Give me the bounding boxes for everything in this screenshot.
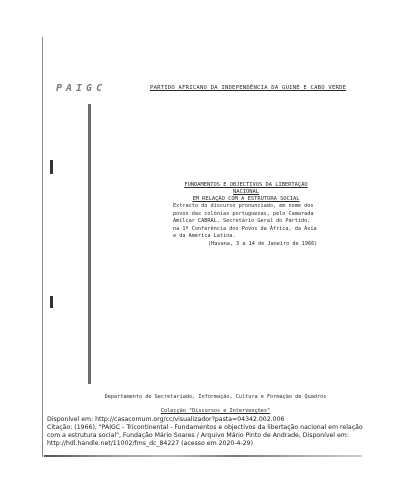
citation-text: Citação: (1966), "PAIGC - Tricontinental…	[47, 424, 377, 448]
date-place: (Havana, 3 a 14 de Janeiro de 1966)	[208, 241, 317, 247]
vertical-bar-mark	[88, 104, 91, 384]
scan-mark	[50, 296, 53, 308]
bottom-rule	[44, 455, 362, 457]
speech-extract-text: Extracto do discurso pronunciado, em nom…	[173, 203, 333, 241]
paigc-logo: PAIGC	[56, 83, 106, 94]
party-name-heading: PARTIDO AFRICANO DA INDEPENDÊNCIA DA GUI…	[150, 85, 346, 91]
title-line-1: FUNDAMENTOS E OBJECTIVOS DA LIBERTAÇÃO N…	[171, 182, 321, 196]
scanned-document-page: PAIGC PARTIDO AFRICANO DA INDEPENDÊNCIA …	[0, 0, 403, 500]
document-title: FUNDAMENTOS E OBJECTIVOS DA LIBERTAÇÃO N…	[171, 182, 321, 203]
citation-block: Disponível em: http://casacomum.org/cc/v…	[47, 416, 377, 448]
department-line: Departamento de Secretariado, Informação…	[0, 394, 403, 400]
title-line-2: EM RELAÇÃO COM A ESTRUTURA SOCIAL	[171, 196, 321, 203]
scan-mark	[50, 160, 53, 174]
available-at: Disponível em: http://casacomum.org/cc/v…	[47, 416, 377, 424]
collection-line: Colecção "Discursos e Intervenções"	[0, 408, 403, 414]
